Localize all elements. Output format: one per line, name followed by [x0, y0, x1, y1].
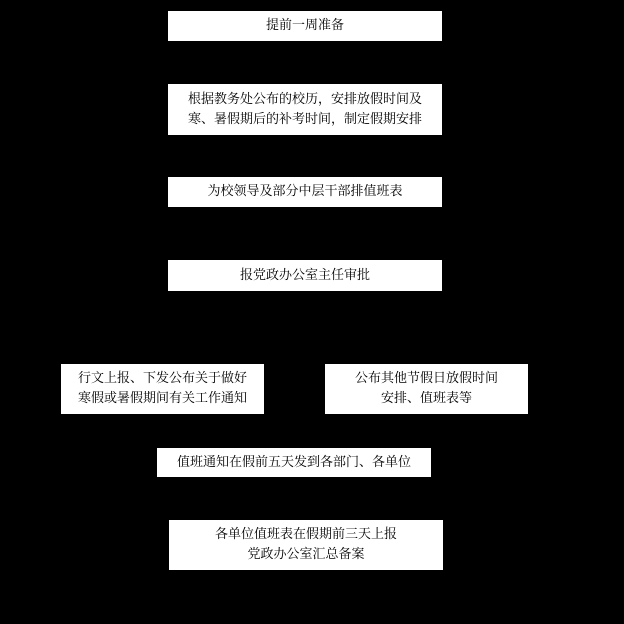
node-notice-left-line-2: 寒假或暑假期间有关工作通知 [78, 389, 247, 409]
node-report-line-1: 各单位值班表在假期前三天上报 [215, 525, 397, 545]
node-send-notice: 值班通知在假前五天发到各部门、各单位 [157, 448, 431, 477]
node-notice-left-line-1: 行文上报、下发公布关于做好 [78, 369, 247, 389]
node-arrange-line-1: 根据教务处公布的校历，安排放假时间及 [188, 90, 422, 110]
node-notice-left: 行文上报、下发公布关于做好 寒假或暑假期间有关工作通知 [61, 364, 264, 414]
node-approve: 报党政办公室主任审批 [168, 260, 442, 291]
node-notice-right-line-1: 公布其他节假日放假时间 [355, 369, 498, 389]
node-report-line-2: 党政办公室汇总备案 [247, 545, 364, 565]
node-report: 各单位值班表在假期前三天上报 党政办公室汇总备案 [169, 520, 443, 570]
node-prepare: 提前一周准备 [168, 11, 442, 41]
node-notice-right-line-2: 安排、值班表等 [381, 389, 472, 409]
node-notice-right: 公布其他节假日放假时间 安排、值班表等 [325, 364, 528, 414]
node-arrange-line-2: 寒、暑假期后的补考时间，制定假期安排 [188, 110, 422, 130]
node-arrange-schedule: 根据教务处公布的校历，安排放假时间及 寒、暑假期后的补考时间，制定假期安排 [168, 84, 442, 135]
node-approve-line-1: 报党政办公室主任审批 [240, 266, 370, 286]
node-duty-table: 为校领导及部分中层干部排值班表 [168, 177, 442, 207]
node-duty-table-line-1: 为校领导及部分中层干部排值班表 [207, 182, 402, 202]
node-send-notice-line-1: 值班通知在假前五天发到各部门、各单位 [177, 453, 411, 473]
node-prepare-line-1: 提前一周准备 [266, 16, 344, 36]
